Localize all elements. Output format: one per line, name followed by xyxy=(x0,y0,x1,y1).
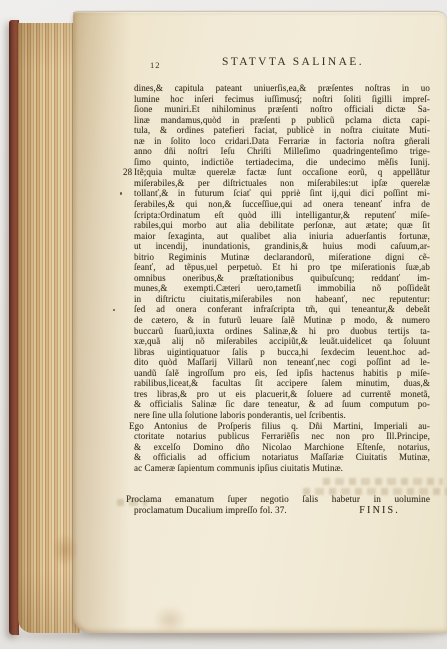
paper-stain xyxy=(153,606,187,634)
text-line: omnibus oneribus,& præſtationibus quibuſ… xyxy=(134,273,430,284)
text-line: munes,& exempti.Cæteri uero,tametſi immo… xyxy=(134,283,430,294)
text-line: Proclama emanatum ſuper negotio ſalis ha… xyxy=(126,494,430,505)
text-line: ac Cameræ ſapientum communis ipſius ciui… xyxy=(134,463,430,474)
finis-label: FINIS. xyxy=(359,505,400,516)
text-line: bitrio Regiminis Mutinæ declarandorũ, mi… xyxy=(134,252,430,263)
gutter-shadow xyxy=(73,12,131,633)
text-line: & officialis ad officium notariatus Maſſ… xyxy=(134,452,430,463)
text-line: ctoritate notarius publicus Ferrariẽſis … xyxy=(134,431,430,442)
text-line: & officialis Salinæ ſic dare teneatur, &… xyxy=(134,399,430,410)
text-line: uandũ ſalẽ ingroſſum pro eis, ſed ipſis … xyxy=(134,368,430,379)
text-line: anno dñi noſtri Ieſu Chriſti Milleſimo q… xyxy=(134,146,430,157)
text-line: tollanť,& in futurum ſciať qui ppriè ſin… xyxy=(134,188,430,199)
text-line: de cætero, & in futurũ leuare ſalẽ Mutin… xyxy=(134,315,430,326)
text-line: ſed ad onera conferant infraſcripta tm̃,… xyxy=(134,304,430,315)
page-number: 12 xyxy=(150,60,161,70)
bleedthrough-ghost xyxy=(323,478,443,485)
text-line: ſione muniri.Et nihilominus præſenti noſ… xyxy=(134,104,430,115)
text-line: miſerabiles,& per diſtrictuales non miſe… xyxy=(134,178,430,189)
text-line: ſeanť, ad tẽpus,uel perpetuò. Et hi pro … xyxy=(134,262,430,273)
text-line: buccarũ ſuarũ,iuxta ordines Salinæ,& hi … xyxy=(134,326,430,337)
text-line: næ in ſolito loco cridari.Data Ferrariæ … xyxy=(134,136,430,147)
text-line: in diſtrictu ciuitatis,miſerabiles non h… xyxy=(134,294,430,305)
text-line: nere ſine ulla ſolutione laboris pondera… xyxy=(134,410,430,421)
text-line: ut incendij, inundationis, grandinis,& h… xyxy=(134,241,430,252)
text-line-content: proclamatum Ducalium impreſſo fol. 37. xyxy=(134,505,287,516)
text-line-content: Itẽ;quia multæ querelæ factæ ſunt occaſi… xyxy=(134,167,430,177)
main-text-block: dines,& capitula pateant uniuerſis,ea,& … xyxy=(134,83,430,473)
running-header: 12 STATVTA SALINAE. xyxy=(134,56,430,72)
proclama-note: Proclama emanatum ſuper negotio ſalis ha… xyxy=(134,494,430,516)
text-line: proclamatum Ducalium impreſſo fol. 37. F… xyxy=(134,505,430,516)
text-line: & excelſo Domino dño Nicolao Marchione E… xyxy=(134,442,430,453)
text-line: rabiles,qui morbo aut alia debilitate pe… xyxy=(134,220,430,231)
text-line: dito quòd Maſſarij Villarũ non teneanť,n… xyxy=(134,357,430,368)
running-title: STATVTA SALINAE. xyxy=(134,56,430,68)
text-line: ſcripta:Ordinatum eſt quòd illi intellig… xyxy=(134,210,430,221)
text-line: 28Itẽ;quia multæ querelæ factæ ſunt occa… xyxy=(134,167,430,178)
text-line: Ego Antonius de Proſperis filius q. Dñi … xyxy=(129,421,430,432)
text-line: ſerabiles,& qui non,& ſucceſſiue,qui ad … xyxy=(134,199,430,210)
photo-backdrop: 12 STATVTA SALINAE. dines,& capitula pat… xyxy=(0,0,447,649)
section-number: 28 xyxy=(123,167,132,178)
text-line: dines,& capitula pateant uniuerſis,ea,& … xyxy=(134,83,430,94)
text-line: libras uigintiquatuor ſalis p bucca,hi ſ… xyxy=(134,347,430,358)
book-page-edges xyxy=(18,23,80,633)
text-line: xæ,quã alij nõ miſerabiles accipiũt,& le… xyxy=(134,336,430,347)
text-line: lumine hoc inſeri fecimus iuſſimusq́; no… xyxy=(134,94,430,105)
text-line: ſimo quinto, indictiõe tertiadecima, die… xyxy=(134,157,430,168)
text-line: tula, & ordines patefieri faciat, public… xyxy=(134,125,430,136)
book-page: 12 STATVTA SALINAE. dines,& capitula pat… xyxy=(73,12,447,633)
text-line: maior ſexaginta, aut qualibet alia iniur… xyxy=(134,231,430,242)
text-line: linæ mandamus,quòd in præſenti p publicũ… xyxy=(134,115,430,126)
text-line: rabilibus,liceat,& facultas ſit accipere… xyxy=(134,378,430,389)
text-line: tres libras,& pro ut eis placuerit,& ſol… xyxy=(134,389,430,400)
